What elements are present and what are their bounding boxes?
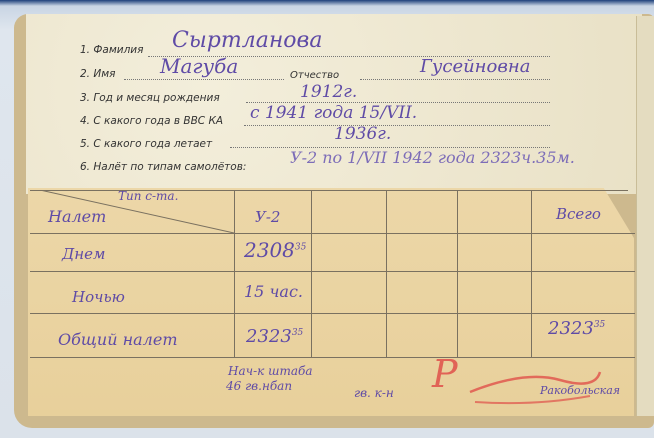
grid-line xyxy=(30,271,635,272)
cell-day-u2: 230835 xyxy=(244,238,306,262)
grid-line xyxy=(531,190,532,357)
stamp-signature-red: Р xyxy=(432,352,458,396)
field-value: У-2 по 1/VII 1942 года 2323ч.35м. xyxy=(290,148,575,167)
header-flight: Налет xyxy=(48,207,106,226)
field-label: 6. Налёт по типам самолётов: xyxy=(80,161,246,173)
field-value: Магуба xyxy=(160,54,238,78)
grid-line xyxy=(311,190,312,357)
dotted-line xyxy=(244,125,550,126)
signer-title: Нач-к штаба xyxy=(228,364,313,378)
cell-night-u2: 15 час. xyxy=(244,282,303,301)
field-value: Гусейновна xyxy=(420,56,530,77)
grid-line xyxy=(30,313,635,314)
signer-name: Ракобольская xyxy=(540,384,620,397)
field-value: с 1941 года 15/VII. xyxy=(250,103,417,123)
signer-rank: гв. к-н xyxy=(354,386,394,400)
page-right-edge xyxy=(636,16,654,416)
field-value: Сыртланова xyxy=(172,28,322,53)
dotted-line xyxy=(360,79,550,80)
grid-line xyxy=(30,357,635,358)
field-label: 3. Год и месяц рождения xyxy=(80,92,220,104)
row-label-total: Общий налет xyxy=(58,330,178,349)
field-label: 1. Фамилия xyxy=(80,44,143,56)
field-label: 4. С какого года в ВВС КА xyxy=(80,115,223,127)
field-label: 2. Имя xyxy=(80,68,115,80)
header-aircraft-type: Тип с-та. xyxy=(118,189,178,203)
row-label-night: Ночью xyxy=(72,288,125,306)
field-value: 1936г. xyxy=(334,124,391,144)
cell-total-all: 232335 xyxy=(548,318,605,339)
col-header-total: Всего xyxy=(556,205,601,223)
dotted-line xyxy=(124,79,284,80)
field-value: 1912г. xyxy=(300,82,357,102)
grid-line xyxy=(386,190,387,357)
grid-line xyxy=(457,190,458,357)
signer-unit: 46 гв.нбап xyxy=(226,379,292,393)
col-header-u2: У-2 xyxy=(255,208,280,226)
field-label: Отчество xyxy=(290,70,339,81)
cell-total-u2: 232335 xyxy=(246,326,303,347)
field-label: 5. С какого года летает xyxy=(80,138,212,150)
row-label-day: Днем xyxy=(62,245,105,263)
